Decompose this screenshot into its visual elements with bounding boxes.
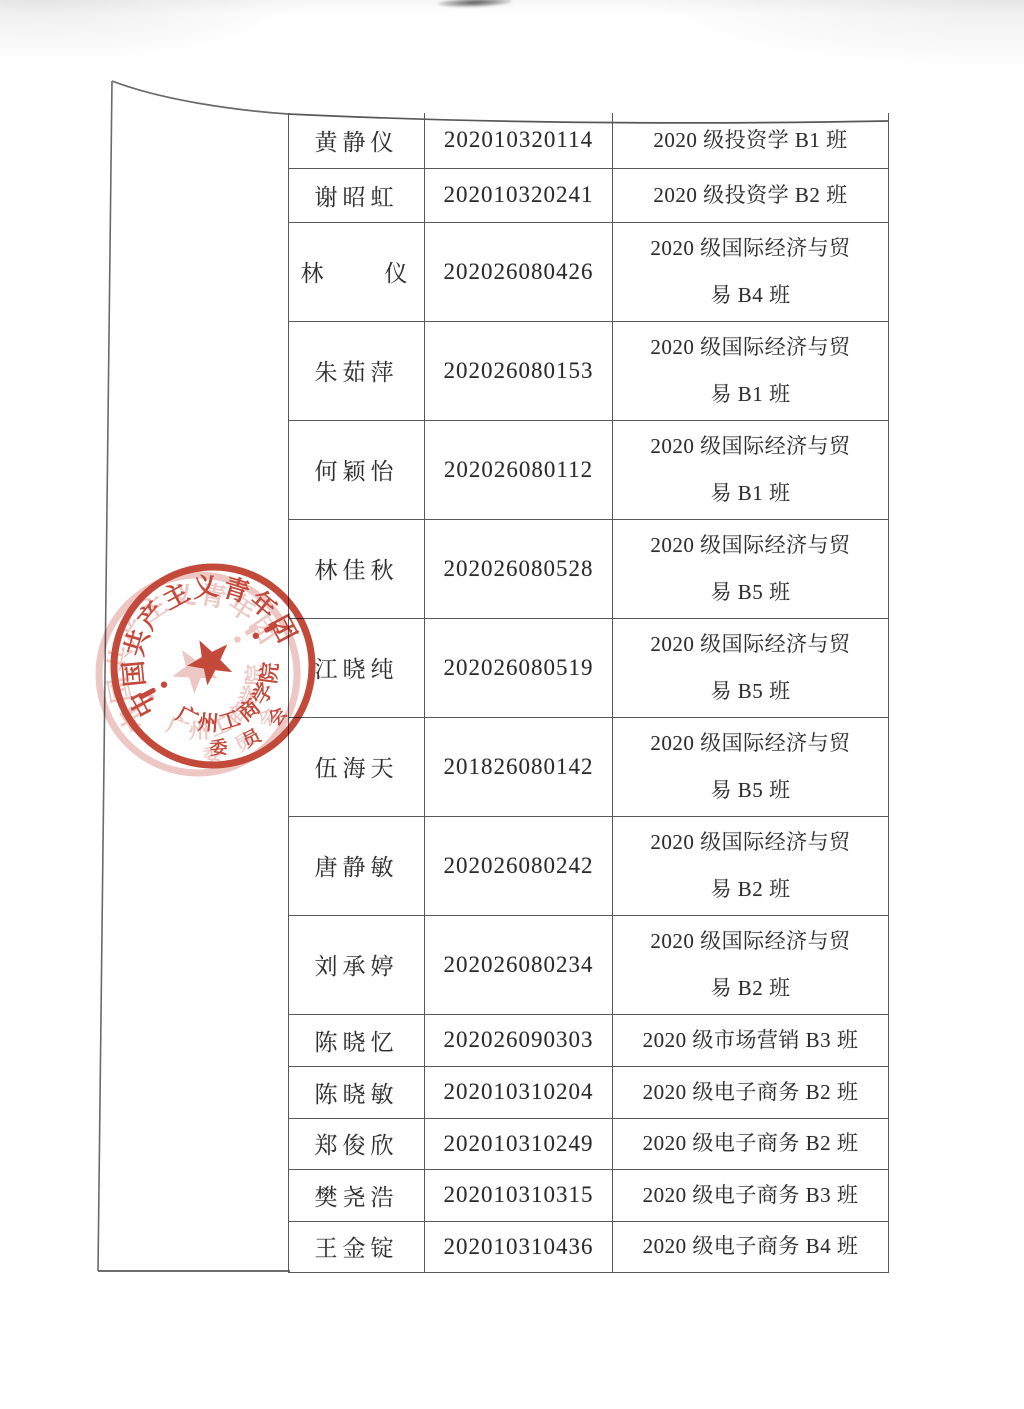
class-name-line: 2020 级国际经济与贸 — [617, 621, 884, 668]
student-name-cell: 伍海天 — [289, 717, 425, 816]
stamp-right-dash — [264, 622, 279, 633]
class-name-cell: 2020 级国际经济与贸易 B5 班 — [613, 717, 889, 816]
stamp-committee-text-char: 会 — [263, 703, 291, 730]
stamp-ring-text-char: 义 — [191, 572, 220, 603]
student-id-cell: 202026080234 — [425, 915, 613, 1014]
stamp-committee-text-char: 委 — [209, 736, 228, 758]
class-name-line: 易 B1 班 — [617, 371, 884, 418]
roster-table-body: 黄静仪2020103201142020 级投资学 B1 班谢昭虹20201032… — [289, 113, 889, 1272]
stamp-ring-text-char: 共 — [120, 626, 155, 659]
scanned-page: 黄静仪2020103201142020 级投资学 B1 班谢昭虹20201032… — [0, 0, 1024, 1409]
class-name-line: 2020 级国际经济与贸 — [617, 225, 884, 272]
class-name-cell: 2020 级国际经济与贸易 B5 班 — [613, 519, 889, 618]
stamp-right-dot — [252, 632, 261, 641]
stamp-ring-text-char: 青 — [219, 573, 252, 608]
class-name-line: 易 B5 班 — [617, 569, 884, 616]
class-name-line: 2020 级国际经济与贸 — [617, 522, 884, 569]
class-name-cell: 2020 级电子商务 B2 班 — [613, 1066, 889, 1118]
table-row: 伍海天2018260801422020 级国际经济与贸易 B5 班 — [289, 717, 889, 816]
stamp-org-text-char: 工 — [216, 706, 243, 735]
student-name-cell: 江晓纯 — [289, 618, 425, 717]
stamp-org-text-char: 学 — [247, 679, 278, 709]
class-name-cell: 2020 级电子商务 B4 班 — [613, 1221, 889, 1272]
class-name-line: 2020 级国际经济与贸 — [617, 918, 884, 965]
table-row: 唐静敏2020260802422020 级国际经济与贸易 B2 班 — [289, 816, 889, 915]
class-name-line: 2020 级电子商务 B2 班 — [617, 1069, 884, 1116]
table-row: 朱茹萍2020260801532020 级国际经济与贸易 B1 班 — [289, 321, 889, 420]
stamp-committee-text-char: 员 — [239, 724, 266, 751]
scan-edge-shading — [0, 0, 1024, 100]
class-name-cell: 2020 级国际经济与贸易 B5 班 — [613, 618, 889, 717]
stamp-org-text-char: 广 — [172, 701, 202, 732]
student-id-cell: 202026080112 — [425, 420, 613, 519]
student-id-cell: 202026080426 — [425, 222, 613, 321]
student-name-cell: 林 仪 — [289, 222, 425, 321]
student-id-cell: 202010310204 — [425, 1066, 613, 1118]
class-name-line: 2020 级国际经济与贸 — [617, 423, 884, 470]
class-name-line: 易 B2 班 — [617, 866, 884, 913]
student-id-cell: 201826080142 — [425, 717, 613, 816]
stamp-org-text-char: 院 — [256, 661, 282, 685]
stamp-ring-text-char: 年 — [244, 585, 283, 625]
table-row: 谢昭虹2020103202412020 级投资学 B2 班 — [289, 168, 889, 222]
class-name-line: 2020 级市场营销 B3 班 — [617, 1017, 884, 1064]
student-name-cell: 林佳秋 — [289, 519, 425, 618]
class-name-line: 易 B5 班 — [617, 668, 884, 715]
table-row: 陈晓敏2020103102042020 级电子商务 B2 班 — [289, 1066, 889, 1118]
class-name-line: 2020 级电子商务 B3 班 — [617, 1172, 884, 1219]
class-name-line: 易 B2 班 — [617, 965, 884, 1012]
class-name-line: 2020 级国际经济与贸 — [617, 324, 884, 371]
stamp-left-dash — [138, 687, 156, 700]
student-name-cell: 刘承婷 — [289, 915, 425, 1014]
student-id-cell: 202026080528 — [425, 519, 613, 618]
table-row: 樊尧浩2020103103152020 级电子商务 B3 班 — [289, 1169, 889, 1221]
student-name-cell: 王金锭 — [289, 1221, 425, 1272]
student-name-cell: 何颖怡 — [289, 420, 425, 519]
class-name-cell: 2020 级国际经济与贸易 B2 班 — [613, 816, 889, 915]
student-id-cell: 202010310315 — [425, 1169, 613, 1221]
class-name-cell: 2020 级投资学 B1 班 — [613, 113, 889, 168]
table-row: 林佳秋2020260805282020 级国际经济与贸易 B5 班 — [289, 519, 889, 618]
student-id-cell: 202026080242 — [425, 816, 613, 915]
student-id-cell: 202010310436 — [425, 1221, 613, 1272]
class-name-line: 易 B4 班 — [617, 272, 884, 319]
stamp-star-icon — [179, 630, 240, 690]
student-name-cell: 唐静敏 — [289, 816, 425, 915]
page-left-edge — [98, 81, 112, 1271]
class-name-cell: 2020 级国际经济与贸易 B2 班 — [613, 915, 889, 1014]
class-name-line: 2020 级电子商务 B2 班 — [617, 1120, 884, 1167]
class-name-cell: 2020 级国际经济与贸易 B1 班 — [613, 321, 889, 420]
stamp-left-dot — [160, 680, 169, 689]
class-name-line: 易 B1 班 — [617, 470, 884, 517]
student-id-cell: 202010320241 — [425, 168, 613, 222]
class-name-line: 2020 级投资学 B1 班 — [617, 117, 884, 164]
class-name-cell: 2020 级电子商务 B3 班 — [613, 1169, 889, 1221]
student-id-cell: 202026080153 — [425, 321, 613, 420]
student-name-cell: 郑俊欣 — [289, 1118, 425, 1169]
table-row: 江晓纯2020260805192020 级国际经济与贸易 B5 班 — [289, 618, 889, 717]
top-scan-smudge — [438, 0, 512, 8]
student-name-cell: 朱茹萍 — [289, 321, 425, 420]
student-id-cell: 202010320114 — [425, 113, 613, 168]
student-name-cell: 谢昭虹 — [289, 168, 425, 222]
stamp-ring-text-char: 产 — [132, 596, 172, 635]
class-name-cell: 2020 级电子商务 B2 班 — [613, 1118, 889, 1169]
roster-table: 黄静仪2020103201142020 级投资学 B1 班谢昭虹20201032… — [288, 113, 889, 1273]
student-name-cell: 陈晓敏 — [289, 1066, 425, 1118]
table-row: 王金锭2020103104362020 级电子商务 B4 班 — [289, 1221, 889, 1272]
stamp-org-text-char: 商 — [233, 694, 264, 726]
student-id-cell: 202026080519 — [425, 618, 613, 717]
student-name-cell: 黄静仪 — [289, 113, 425, 168]
student-name-cell: 陈晓忆 — [289, 1014, 425, 1066]
class-name-line: 2020 级国际经济与贸 — [617, 720, 884, 767]
class-name-line: 2020 级电子商务 B4 班 — [617, 1223, 884, 1270]
stamp-ring-text-char: 中 — [124, 685, 162, 722]
student-id-cell: 202026090303 — [425, 1014, 613, 1066]
class-name-line: 易 B5 班 — [617, 767, 884, 814]
table-row: 何颖怡2020260801122020 级国际经济与贸易 B1 班 — [289, 420, 889, 519]
stamp-org-text-char: 州 — [197, 710, 220, 736]
stamp-ring-text-char: 主 — [158, 577, 195, 615]
class-name-cell: 2020 级投资学 B2 班 — [613, 168, 889, 222]
class-name-cell: 2020 级市场营销 B3 班 — [613, 1014, 889, 1066]
student-name-cell: 樊尧浩 — [289, 1169, 425, 1221]
stamp-ring-text-char: 国 — [119, 659, 150, 688]
class-name-cell: 2020 级国际经济与贸易 B4 班 — [613, 222, 889, 321]
student-id-cell: 202010310249 — [425, 1118, 613, 1169]
table-row: 刘承婷2020260802342020 级国际经济与贸易 B2 班 — [289, 915, 889, 1014]
table-row: 黄静仪2020103201142020 级投资学 B1 班 — [289, 113, 889, 168]
class-name-line: 2020 级国际经济与贸 — [617, 819, 884, 866]
class-name-line: 2020 级投资学 B2 班 — [617, 172, 884, 219]
table-row: 郑俊欣2020103102492020 级电子商务 B2 班 — [289, 1118, 889, 1169]
table-row: 陈晓忆2020260903032020 级市场营销 B3 班 — [289, 1014, 889, 1066]
class-name-cell: 2020 级国际经济与贸易 B1 班 — [613, 420, 889, 519]
page-top-curve — [112, 81, 288, 114]
table-row: 林 仪2020260804262020 级国际经济与贸易 B4 班 — [289, 222, 889, 321]
